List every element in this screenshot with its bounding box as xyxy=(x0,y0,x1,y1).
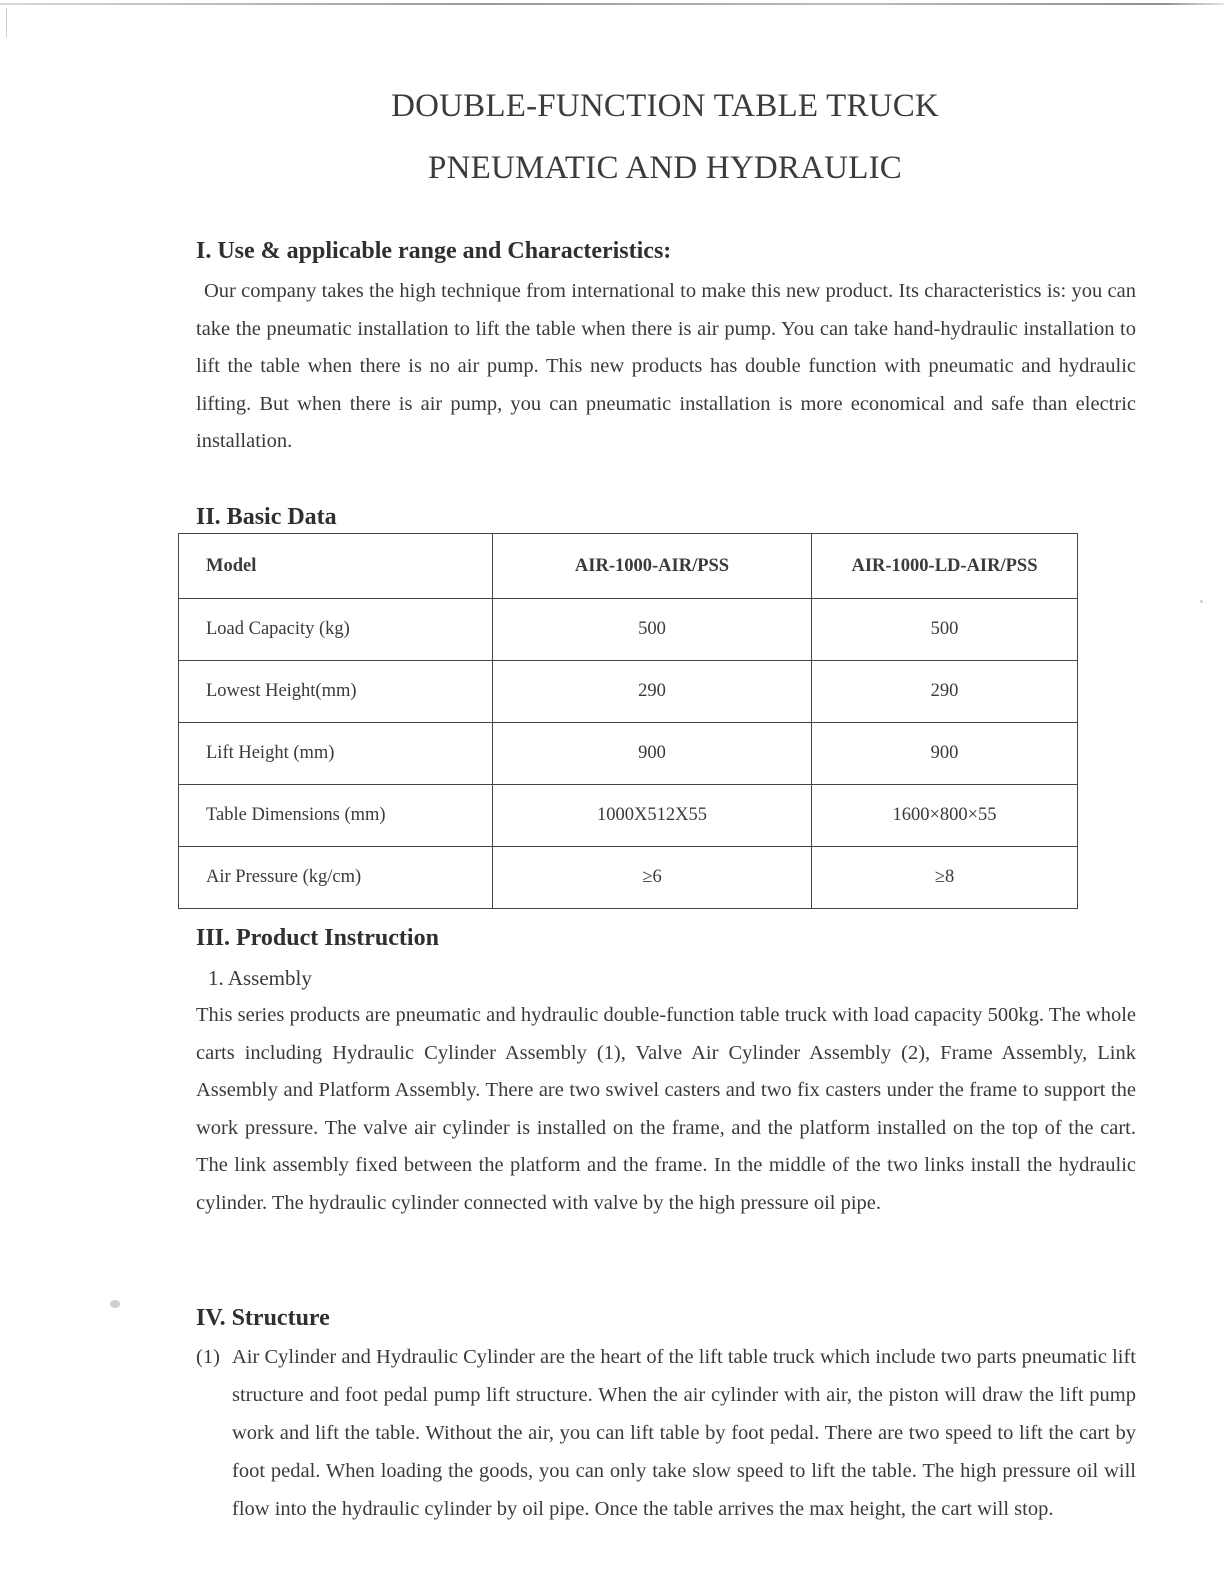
scan-speck xyxy=(1200,600,1203,603)
table-header-row: Model AIR-1000-AIR/PSS AIR-1000-LD-AIR/P… xyxy=(179,534,1078,599)
table-cell: Table Dimensions (mm) xyxy=(179,785,493,847)
table-cell: 900 xyxy=(812,723,1078,785)
section-basic-data-heading: II. Basic Data xyxy=(196,504,337,531)
list-item: (1) Air Cylinder and Hydraulic Cylinder … xyxy=(196,1338,1136,1528)
structure-list: (1) Air Cylinder and Hydraulic Cylinder … xyxy=(196,1338,1136,1528)
table-cell: 1000X512X55 xyxy=(493,785,812,847)
scan-speck xyxy=(110,1300,120,1308)
table-cell: 290 xyxy=(493,661,812,723)
scan-edge-mark xyxy=(6,8,7,38)
section-instruction-text: This series products are pneumatic and h… xyxy=(196,997,1136,1222)
table-header-cell: AIR-1000-AIR/PSS xyxy=(493,534,812,599)
table-header-cell: Model xyxy=(179,534,493,599)
table-cell: 500 xyxy=(493,599,812,661)
table-cell: ≥8 xyxy=(812,847,1078,909)
scan-edge-line xyxy=(0,3,1224,5)
document-title-line1: DOUBLE-FUNCTION TABLE TRUCK xyxy=(0,88,1224,125)
section-instruction-subheading: 1. Assembly xyxy=(208,966,312,991)
table-cell: 290 xyxy=(812,661,1078,723)
table-cell: Load Capacity (kg) xyxy=(179,599,493,661)
table-row: Table Dimensions (mm) 1000X512X55 1600×8… xyxy=(179,785,1078,847)
table-cell: 500 xyxy=(812,599,1078,661)
section-instruction-paragraph: This series products are pneumatic and h… xyxy=(196,997,1136,1222)
table-cell: 1600×800×55 xyxy=(812,785,1078,847)
basic-data-table: Model AIR-1000-AIR/PSS AIR-1000-LD-AIR/P… xyxy=(178,533,1078,909)
table-cell: ≥6 xyxy=(493,847,812,909)
table-row: Lowest Height(mm) 290 290 xyxy=(179,661,1078,723)
list-item-text: Air Cylinder and Hydraulic Cylinder are … xyxy=(232,1338,1136,1528)
list-item-number: (1) xyxy=(196,1338,220,1376)
table-row: Lift Height (mm) 900 900 xyxy=(179,723,1078,785)
table-row: Load Capacity (kg) 500 500 xyxy=(179,599,1078,661)
section-structure-heading: IV. Structure xyxy=(196,1305,330,1332)
table-header-cell: AIR-1000-LD-AIR/PSS xyxy=(812,534,1078,599)
table-row: Air Pressure (kg/cm) ≥6 ≥8 xyxy=(179,847,1078,909)
table-cell: Air Pressure (kg/cm) xyxy=(179,847,493,909)
table-cell: 900 xyxy=(493,723,812,785)
section-instruction-heading: III. Product Instruction xyxy=(196,925,439,952)
section-use-text: Our company takes the high technique fro… xyxy=(196,273,1136,461)
table-cell: Lowest Height(mm) xyxy=(179,661,493,723)
section-use-paragraph: Our company takes the high technique fro… xyxy=(196,273,1136,461)
document-title-line2: PNEUMATIC AND HYDRAULIC xyxy=(0,150,1224,187)
table-cell: Lift Height (mm) xyxy=(179,723,493,785)
section-use-heading: I. Use & applicable range and Characteri… xyxy=(196,238,671,265)
